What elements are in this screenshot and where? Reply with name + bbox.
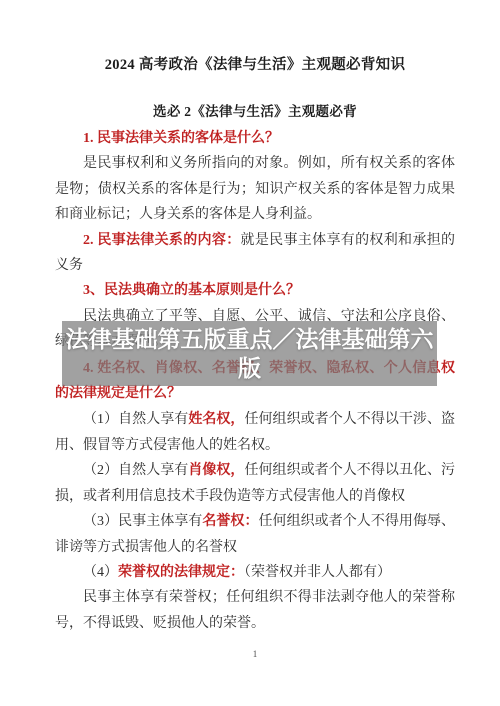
document-page: 2024 高考政治《法律与生活》主观题必背知识 选必 2《法律与生活》主观题必背… bbox=[0, 0, 500, 706]
watermark-text: 法律基础第五版重点／法律基础第六版 bbox=[62, 325, 437, 383]
item-pre: （4） bbox=[83, 565, 118, 580]
item-term: 肖像权， bbox=[188, 463, 244, 478]
item-pre: （3）民事主体享有 bbox=[83, 514, 202, 529]
q4-item-1: （1）自然人享有姓名权，任何组织或者个人不得以干涉、盗用、假冒等方式侵害他人的姓… bbox=[55, 407, 455, 458]
q1-heading: 1. 民事法律关系的客体是什么？ bbox=[55, 126, 455, 151]
q2-paragraph: 2. 民事法律关系的内容：就是民事主体享有的权利和承担的义务 bbox=[55, 228, 455, 279]
q3-heading: 3、民法典确立的基本原则是什么？ bbox=[55, 278, 455, 303]
watermark-overlay: 法律基础第五版重点／法律基础第六版 bbox=[62, 321, 437, 386]
doc-title: 2024 高考政治《法律与生活》主观题必背知识 bbox=[55, 52, 455, 78]
item-post: （荣誉权并非人人都有） bbox=[244, 565, 391, 580]
q4-item-4: （4）荣誉权的法律规定：（荣誉权并非人人都有） bbox=[55, 560, 455, 585]
q4-item-3: （3）民事主体享有名誉权：任何组织或者个人不得用侮辱、诽谤等方式损害他人的名誉权 bbox=[55, 509, 455, 560]
item-term: 名誉权： bbox=[202, 514, 258, 529]
item-pre: （1）自然人享有 bbox=[83, 412, 188, 427]
item-term: 姓名权， bbox=[188, 412, 244, 427]
item-term: 荣誉权的法律规定： bbox=[118, 565, 244, 580]
q2-heading: 2. 民事法律关系的内容： bbox=[83, 233, 241, 248]
item-pre: （2）自然人享有 bbox=[83, 463, 188, 478]
q4-item-2: （2）自然人享有肖像权，任何组织或者个人不得以丑化、污损，或者利用信息技术手段伪… bbox=[55, 458, 455, 509]
q1-answer: 是民事权利和义务所指向的对象。例如，所有权关系的客体是物；债权关系的客体是行为；… bbox=[55, 151, 455, 227]
doc-subtitle: 选必 2《法律与生活》主观题必背 bbox=[55, 99, 455, 125]
page-number: 1 bbox=[55, 649, 455, 659]
q4-item-4-body: 民事主体享有荣誉权；任何组织不得非法剥夺他人的荣誉称号，不得诋毁、贬损他人的荣誉… bbox=[55, 585, 455, 636]
